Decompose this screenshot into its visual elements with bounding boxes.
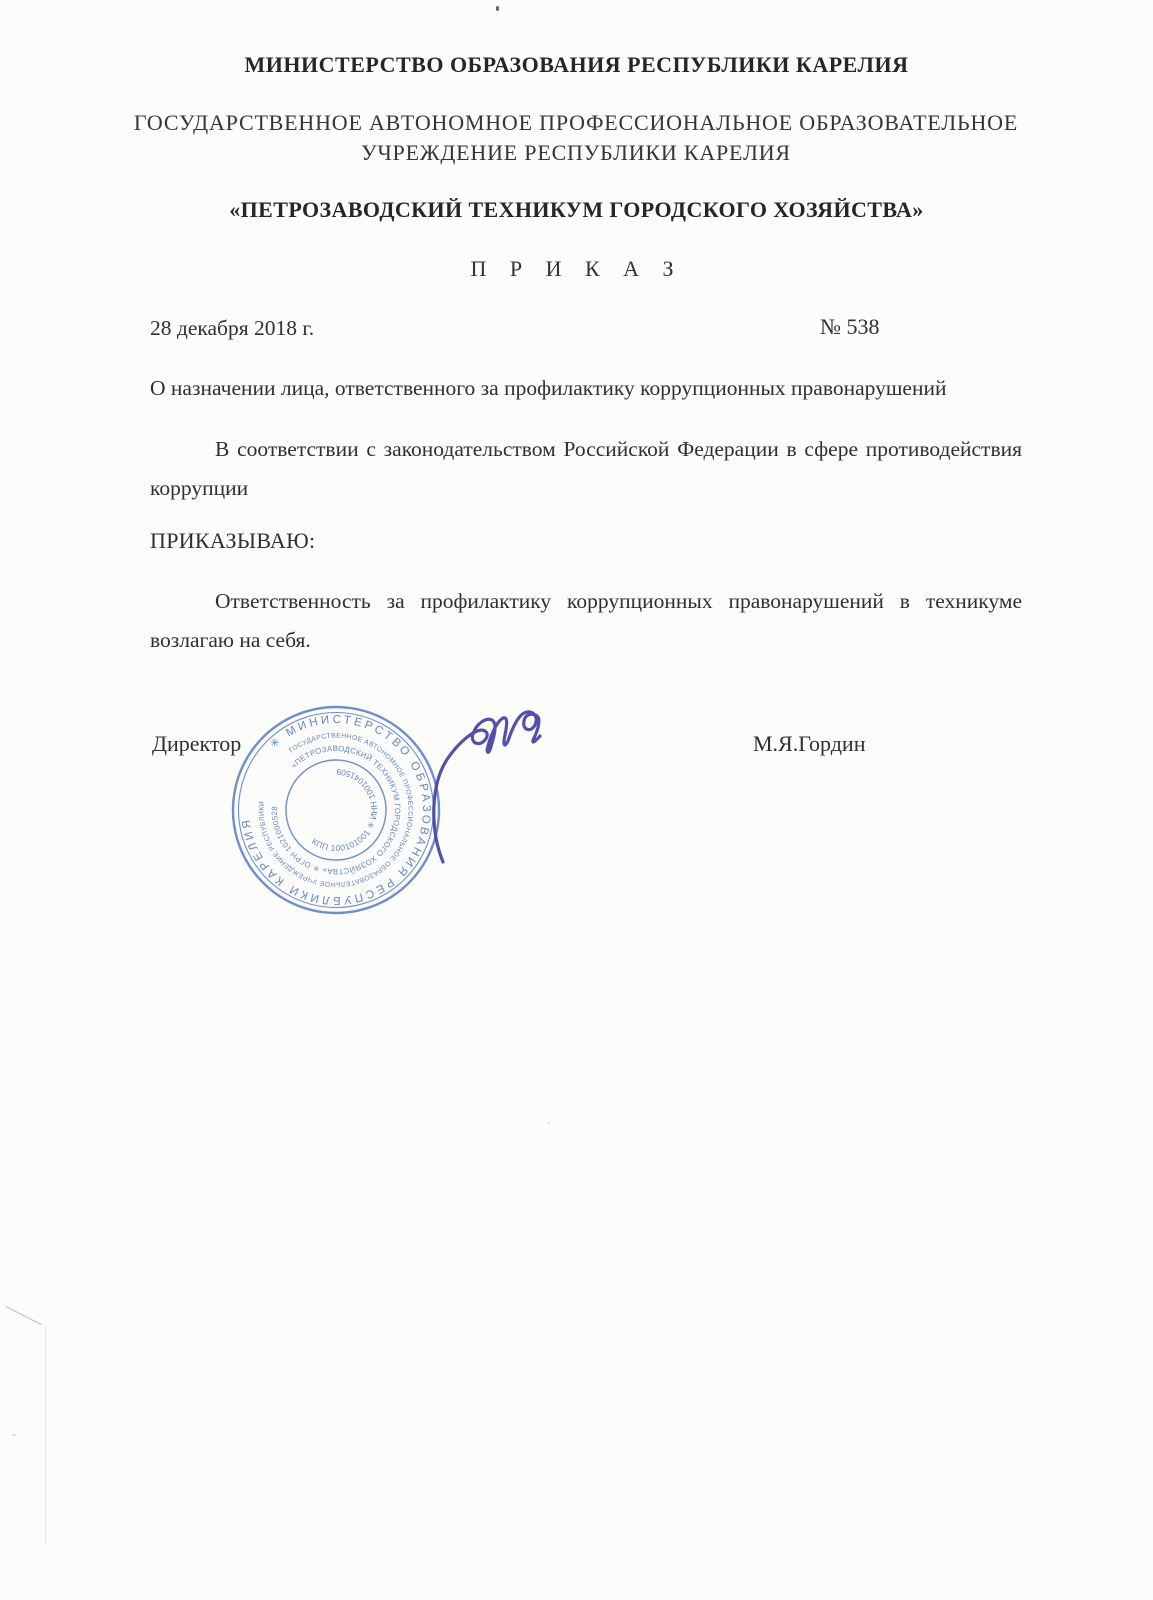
preamble-line-2: коррупции [150,469,1022,508]
scan-speck [548,1122,550,1124]
institution-name: ГОСУДАРСТВЕННОЕ АВТОНОМНОЕ ПРОФЕССИОНАЛЬ… [116,108,1036,169]
scanned-order-page: МИНИСТЕРСТВО ОБРАЗОВАНИЯ РЕСПУБЛИКИ КАРЕ… [0,0,1153,1600]
order-line-2: возлагаю на себя. [150,621,1022,660]
ministry-name: МИНИСТЕРСТВО ОБРАЗОВАНИЯ РЕСПУБЛИКИ КАРЕ… [0,52,1153,78]
stamp-ring-inn-kpp: КПП 100101001 ✳ ИНН 1001041509 [309,765,382,857]
handwritten-signature-icon [410,680,555,880]
subject-line: О назначении лица, ответственного за про… [150,376,1050,401]
order-keyword: ПРИКАЗЫВАЮ: [150,528,315,554]
scan-speck [12,1434,16,1436]
signature-stroke [434,712,540,862]
preamble-paragraph: В соответствии с законодательством Росси… [150,430,1022,508]
doc-type-title: П Р И К А З [0,256,1153,282]
order-paragraph: Ответственность за профилактику коррупци… [150,582,1022,660]
signatory-name: М.Я.Гордин [753,731,865,757]
scan-scratch-line [6,1306,42,1325]
scan-speck [496,6,499,11]
order-line-1: Ответственность за профилактику коррупци… [150,582,1022,621]
preamble-line-1: В соответствии с законодательством Росси… [150,430,1022,469]
scan-edge-line [45,1326,46,1546]
doc-date: 28 декабря 2018 г. [150,316,314,341]
school-name: «ПЕТРОЗАВОДСКИЙ ТЕХНИКУМ ГОРОДСКОГО ХОЗЯ… [0,197,1153,223]
doc-number: № 538 [820,314,880,340]
